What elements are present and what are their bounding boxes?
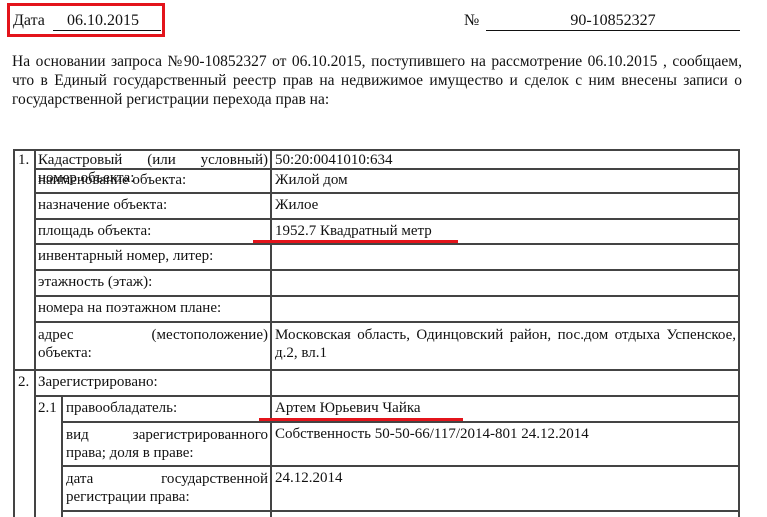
label-word: вид <box>66 426 89 444</box>
value-cadastral: 50:20:0041010:634 <box>275 152 393 169</box>
row-line <box>34 243 740 245</box>
table-border-right <box>738 149 740 517</box>
value-right-type: Собственность 50-50-66/117/2014-801 24.1… <box>275 426 589 443</box>
col-divider-sub <box>61 397 63 517</box>
section-number: 1. <box>18 152 29 169</box>
value-registration-date: 24.12.2014 <box>275 470 343 487</box>
value-area: 1952.7 Квадратный метр <box>275 223 432 240</box>
col-divider-value <box>270 149 272 517</box>
row-line <box>34 269 740 271</box>
area-highlight-underline <box>253 240 458 243</box>
label-line: Кадастровый (или условный) <box>38 151 268 169</box>
label-address: адрес(местоположение) объекта: <box>38 326 268 362</box>
row-line <box>34 395 740 397</box>
row-line <box>61 510 740 512</box>
label-registration-date: датагосударственной регистрации права: <box>66 470 268 506</box>
label-word: адрес <box>38 326 73 344</box>
value-address: Московская область, Одинцовский район, п… <box>275 326 736 362</box>
value-rightholder: Артем Юрьевич Чайка <box>275 400 421 417</box>
table-border-left <box>13 149 15 517</box>
section-number: 2. <box>18 374 29 391</box>
row-line <box>61 421 740 423</box>
row-line <box>13 369 740 371</box>
label-line: права; доля в праве: <box>66 444 268 462</box>
label-word: (местоположение) <box>151 326 268 344</box>
label-right-type: видзарегистрированного права; доля в пра… <box>66 426 268 462</box>
label-purpose: назначение объекта: <box>38 197 167 214</box>
row-line <box>34 295 740 297</box>
label-area: площадь объекта: <box>38 223 151 240</box>
label-rightholder: правообладатель: <box>66 400 177 417</box>
label-word: зарегистрированного <box>133 426 268 444</box>
value-name: Жилой дом <box>275 172 348 189</box>
row-line <box>34 321 740 323</box>
label-floor-plan: номера на поэтажном плане: <box>38 300 221 317</box>
label-word: государственной <box>161 470 268 488</box>
label-registered: Зарегистрировано: <box>38 374 158 391</box>
subsection-number: 2.1 <box>38 400 57 417</box>
label-inventory: инвентарный номер, литер: <box>38 248 213 265</box>
label-line: регистрации права: <box>66 488 268 506</box>
row-line <box>34 192 740 194</box>
value-purpose: Жилое <box>275 197 318 214</box>
row-line <box>34 218 740 220</box>
label-word: дата <box>66 470 93 488</box>
label-name: наименование объекта: <box>38 172 186 189</box>
row-line <box>61 465 740 467</box>
col-divider-num <box>34 149 36 517</box>
rightholder-highlight-underline <box>259 418 463 421</box>
label-floors: этажность (этаж): <box>38 274 152 291</box>
label-line: объекта: <box>38 344 268 362</box>
